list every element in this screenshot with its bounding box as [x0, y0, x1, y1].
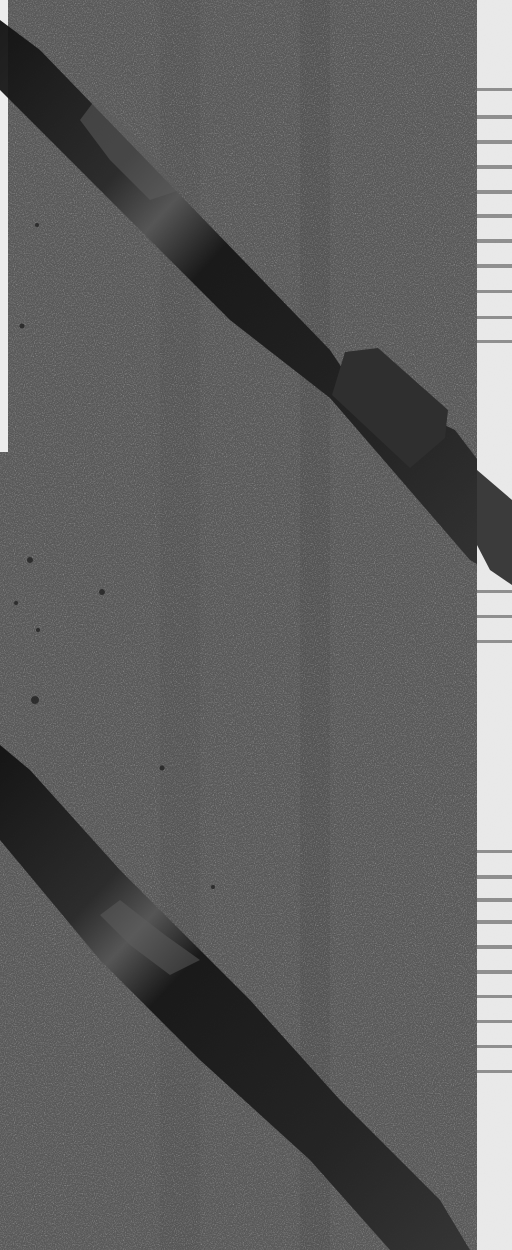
- road-surface-image: [0, 0, 512, 1250]
- road-surface-drawing: [0, 0, 512, 1250]
